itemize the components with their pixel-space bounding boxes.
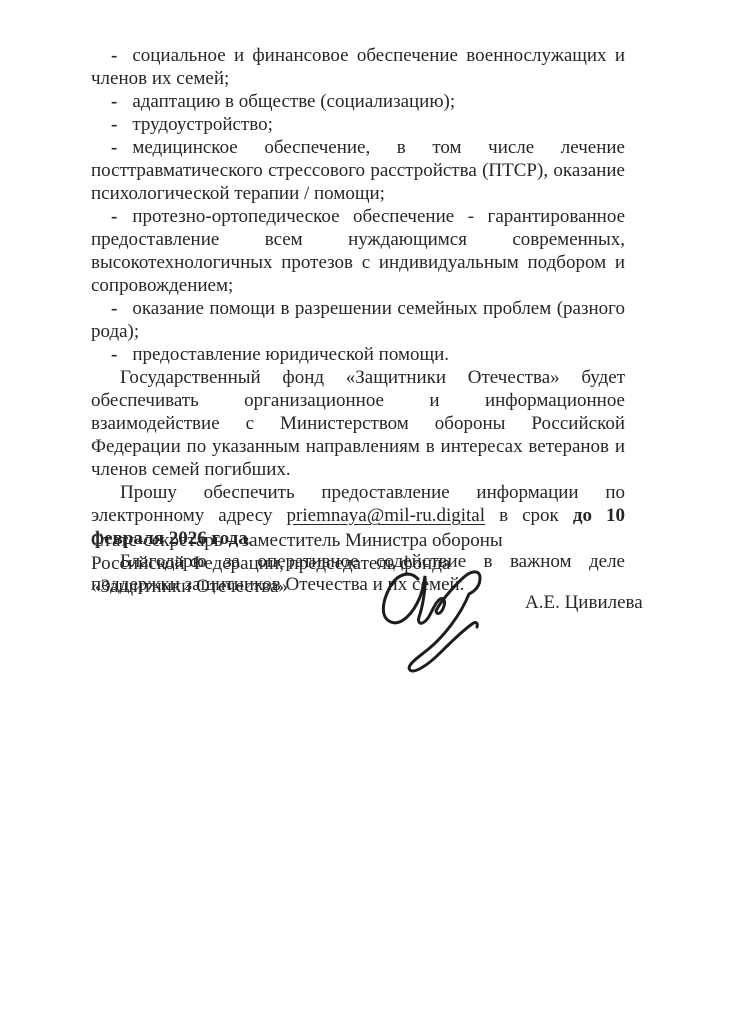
- document-page: -социальное и финансовое обеспечение вое…: [0, 0, 732, 1024]
- signatory-title-line-1: Статс-секретарь – заместитель Министра о…: [91, 529, 671, 552]
- signature-section: Статс-секретарь – заместитель Министра о…: [91, 529, 671, 719]
- paragraph-fund: Государственный фонд «Защитники Отечеств…: [91, 366, 625, 481]
- request-text-middle: в срок: [485, 505, 573, 526]
- bullet-item-medical: -медицинское обеспечение, в том числе ле…: [91, 136, 625, 205]
- bullet-dash: -: [111, 344, 117, 365]
- bullet-dash: -: [111, 91, 117, 112]
- bullet-text: трудоустройство;: [132, 114, 273, 135]
- bullet-item-legal-help: -предоставление юридической помощи.: [91, 343, 625, 366]
- bullet-text: адаптацию в обществе (социализацию);: [132, 91, 455, 112]
- bullet-text: социальное и финансовое обеспечение воен…: [91, 45, 625, 89]
- bullet-text: протезно-ортопедическое обеспечение - га…: [91, 206, 625, 296]
- bullet-dash: -: [111, 114, 117, 135]
- bullet-text: оказание помощи в разрешении семейных пр…: [91, 298, 625, 342]
- bullet-dash: -: [111, 137, 117, 158]
- bullet-text: медицинское обеспечение, в том числе леч…: [91, 137, 625, 204]
- signatory-name: А.Е. Цивилева: [525, 591, 643, 614]
- bullet-item-family-help: -оказание помощи в разрешении семейных п…: [91, 297, 625, 343]
- bullet-dash: -: [111, 206, 117, 227]
- letter-body: -социальное и финансовое обеспечение вое…: [91, 44, 625, 596]
- bullet-dash: -: [111, 298, 117, 319]
- bullet-item-prosthetics: -протезно-ортопедическое обеспечение - г…: [91, 205, 625, 297]
- email-address: priemnaya@mil-ru.digital: [287, 505, 485, 526]
- bullet-dash: -: [111, 45, 117, 66]
- bullet-item-social: -социальное и финансовое обеспечение вое…: [91, 44, 625, 90]
- bullet-item-employment: -трудоустройство;: [91, 113, 625, 136]
- signature-scribble: [368, 565, 503, 675]
- bullet-text: предоставление юридической помощи.: [132, 344, 449, 365]
- bullet-item-adaptation: -адаптацию в обществе (социализацию);: [91, 90, 625, 113]
